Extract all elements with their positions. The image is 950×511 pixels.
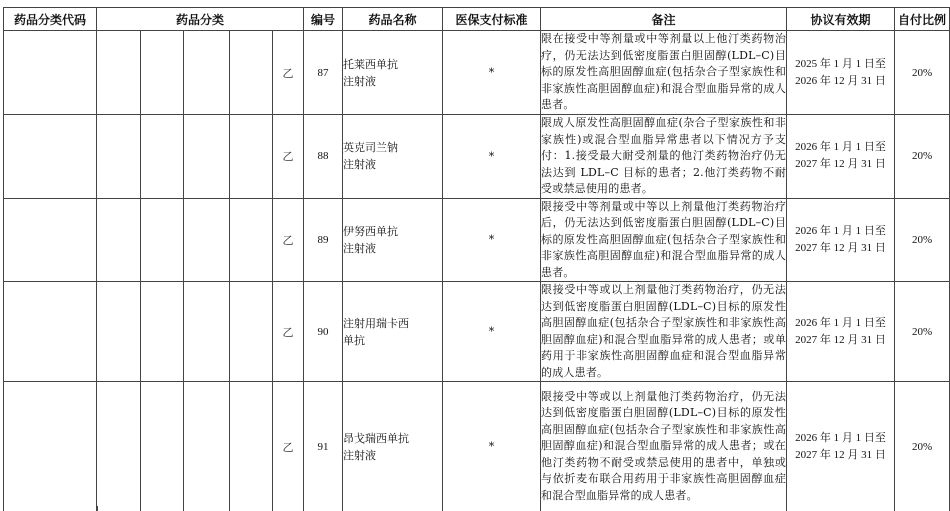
category-level-4-cell: [230, 31, 273, 115]
remark-cell: 限成人原发性高胆固醇血症(杂合子型家族性和非家族性)或混合型血脂异常患者以下情况…: [541, 115, 787, 199]
grade-cell: 乙: [273, 31, 304, 115]
category-level-3-cell: [184, 282, 230, 382]
table-row: 乙 90 注射用瑞卡西单抗 * 限接受中等或以上剂量他汀类药物治疗，仍无法达到低…: [4, 282, 950, 382]
period-end: 2027 年 12 月 31 日: [787, 240, 894, 257]
header-payment-standard: 医保支付标准: [443, 8, 541, 31]
category-code-cell: [4, 31, 97, 115]
period-end: 2027 年 12 月 31 日: [787, 332, 894, 349]
self-pay-ratio-cell: 20%: [895, 115, 950, 199]
category-level-2-cell: [141, 31, 184, 115]
category-code-cell: [4, 115, 97, 199]
drug-name-line2: 注射液: [343, 240, 442, 257]
remark-cell: 限接受中等或以上剂量他汀类药物治疗，仍无法达到低密度脂蛋白胆固醇(LDL–C)目…: [541, 382, 787, 511]
header-drug-name: 药品名称: [343, 8, 443, 31]
drug-name-line2: 注射液: [343, 73, 442, 90]
drug-name-cell: 注射用瑞卡西单抗: [343, 282, 443, 382]
header-category-code: 药品分类代码: [4, 8, 97, 31]
category-code-cell: [4, 382, 97, 511]
period-start: 2025 年 1 月 1 日至: [787, 56, 894, 73]
header-agreement-period: 协议有效期: [787, 8, 895, 31]
drug-name-line1: 英克司兰钠: [343, 139, 442, 156]
header-remarks: 备注: [541, 8, 787, 31]
drug-name-line1: 昂戈瑞西单抗: [343, 430, 442, 447]
category-level-4-cell: [230, 382, 273, 511]
header-category: 药品分类: [97, 8, 304, 31]
category-level-2-cell: [141, 115, 184, 199]
period-end: 2027 年 12 月 31 日: [787, 447, 894, 464]
self-pay-ratio-cell: 20%: [895, 31, 950, 115]
drug-name-cell: 英克司兰钠注射液: [343, 115, 443, 199]
category-code-cell: [4, 198, 97, 282]
category-level-3-cell: [184, 31, 230, 115]
agreement-period-cell: 2025 年 1 月 1 日至2026 年 12 月 31 日: [787, 31, 895, 115]
grade-cell: 乙: [273, 382, 304, 511]
payment-standard-cell: *: [443, 115, 541, 199]
period-start: 2026 年 1 月 1 日至: [787, 139, 894, 156]
drug-list-table: 药品分类代码 药品分类 编号 药品名称 医保支付标准 备注 协议有效期 自付比例…: [3, 7, 950, 511]
period-start: 2026 年 1 月 1 日至: [787, 315, 894, 332]
category-level-4-cell: [230, 282, 273, 382]
category-code-cell: [4, 282, 97, 382]
header-self-pay-ratio: 自付比例: [895, 8, 950, 31]
number-cell: 88: [304, 115, 343, 199]
category-level-1-cell: [97, 282, 141, 382]
category-level-1-cell: [97, 198, 141, 282]
agreement-period-cell: 2026 年 1 月 1 日至2027 年 12 月 31 日: [787, 198, 895, 282]
drug-name-line1: 注射用瑞卡西: [343, 315, 442, 332]
period-start: 2026 年 1 月 1 日至: [787, 223, 894, 240]
category-level-2-cell: [141, 282, 184, 382]
remark-cell: 限在接受中等剂量或中等剂量以上他汀类药物治疗，仍无法达到低密度脂蛋白胆固醇(LD…: [541, 31, 787, 115]
grade-cell: 乙: [273, 115, 304, 199]
table-row: 乙 89 伊努西单抗注射液 * 限接受中等剂量或中等以上剂量他汀类药物治疗后，仍…: [4, 198, 950, 282]
number-cell: 90: [304, 282, 343, 382]
agreement-period-cell: 2026 年 1 月 1 日至2027 年 12 月 31 日: [787, 282, 895, 382]
category-level-3-cell: [184, 198, 230, 282]
self-pay-ratio-cell: 20%: [895, 282, 950, 382]
payment-standard-cell: *: [443, 382, 541, 511]
drug-name-cell: 托莱西单抗注射液: [343, 31, 443, 115]
self-pay-ratio-cell: 20%: [895, 198, 950, 282]
drug-name-line2: 单抗: [343, 332, 442, 349]
drug-name-line1: 伊努西单抗: [343, 223, 442, 240]
table-row: 乙 88 英克司兰钠注射液 * 限成人原发性高胆固醇血症(杂合子型家族性和非家族…: [4, 115, 950, 199]
agreement-period-cell: 2026 年 1 月 1 日至2027 年 12 月 31 日: [787, 382, 895, 511]
table-header-row: 药品分类代码 药品分类 编号 药品名称 医保支付标准 备注 协议有效期 自付比例: [4, 8, 950, 31]
drug-name-line2: 注射液: [343, 447, 442, 464]
number-cell: 91: [304, 382, 343, 511]
category-level-4-cell: [230, 198, 273, 282]
payment-standard-cell: *: [443, 198, 541, 282]
number-cell: 87: [304, 31, 343, 115]
agreement-period-cell: 2026 年 1 月 1 日至2027 年 12 月 31 日: [787, 115, 895, 199]
drug-name-cell: 伊努西单抗注射液: [343, 198, 443, 282]
number-cell: 89: [304, 198, 343, 282]
category-level-1-cell: [97, 115, 141, 199]
grade-cell: 乙: [273, 282, 304, 382]
payment-standard-cell: *: [443, 31, 541, 115]
remark-cell: 限接受中等或以上剂量他汀类药物治疗，仍无法达到低密度脂蛋白胆固醇(LDL–C)目…: [541, 282, 787, 382]
remark-cell: 限接受中等剂量或中等以上剂量他汀类药物治疗后，仍无法达到低密度脂蛋白胆固醇(LD…: [541, 198, 787, 282]
drug-name-line2: 注射液: [343, 156, 442, 173]
drug-name-line1: 托莱西单抗: [343, 56, 442, 73]
category-level-1-cell: [97, 382, 141, 511]
grade-cell: 乙: [273, 198, 304, 282]
payment-standard-cell: *: [443, 282, 541, 382]
category-level-2-cell: [141, 382, 184, 511]
period-end: 2027 年 12 月 31 日: [787, 156, 894, 173]
category-level-1-cell: [97, 31, 141, 115]
category-level-3-cell: [184, 382, 230, 511]
category-level-4-cell: [230, 115, 273, 199]
self-pay-ratio-cell: 20%: [895, 382, 950, 511]
drug-name-cell: 昂戈瑞西单抗注射液: [343, 382, 443, 511]
table-row: 乙 87 托莱西单抗注射液 * 限在接受中等剂量或中等剂量以上他汀类药物治疗，仍…: [4, 31, 950, 115]
next-row-fragment: [3, 506, 98, 511]
header-number: 编号: [304, 8, 343, 31]
category-level-3-cell: [184, 115, 230, 199]
category-level-2-cell: [141, 198, 184, 282]
table-row: 乙 91 昂戈瑞西单抗注射液 * 限接受中等或以上剂量他汀类药物治疗，仍无法达到…: [4, 382, 950, 511]
period-end: 2026 年 12 月 31 日: [787, 73, 894, 90]
period-start: 2026 年 1 月 1 日至: [787, 430, 894, 447]
